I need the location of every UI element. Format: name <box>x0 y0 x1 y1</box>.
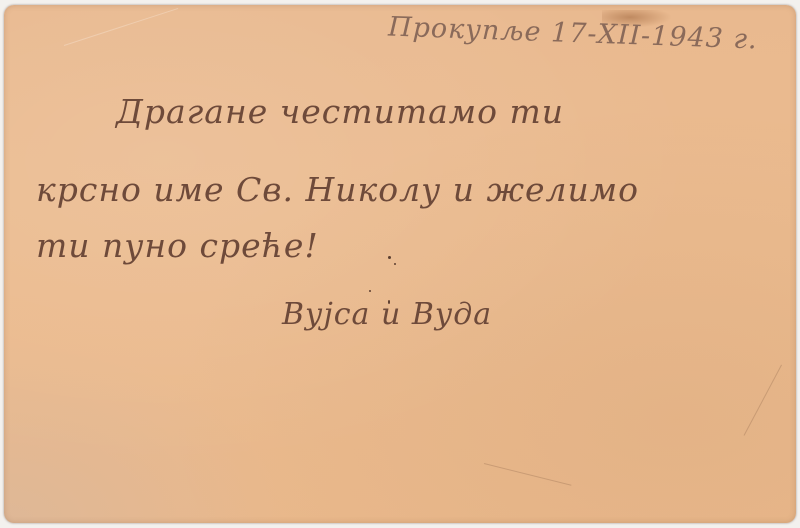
message-line-3: ти пуно среће! <box>36 226 319 265</box>
ink-speck <box>388 256 391 259</box>
ink-speck <box>394 263 396 265</box>
ink-speck <box>369 290 371 292</box>
message-line-1: Драгане честитамо ти <box>116 92 564 131</box>
crease-mark <box>744 365 782 436</box>
message-line-2: крсно име Св. Николу и желимо <box>36 170 639 209</box>
crease-mark <box>64 8 178 46</box>
place-name: Прокупље <box>388 12 542 48</box>
ink-speck <box>388 300 390 304</box>
crease-mark <box>484 463 572 486</box>
